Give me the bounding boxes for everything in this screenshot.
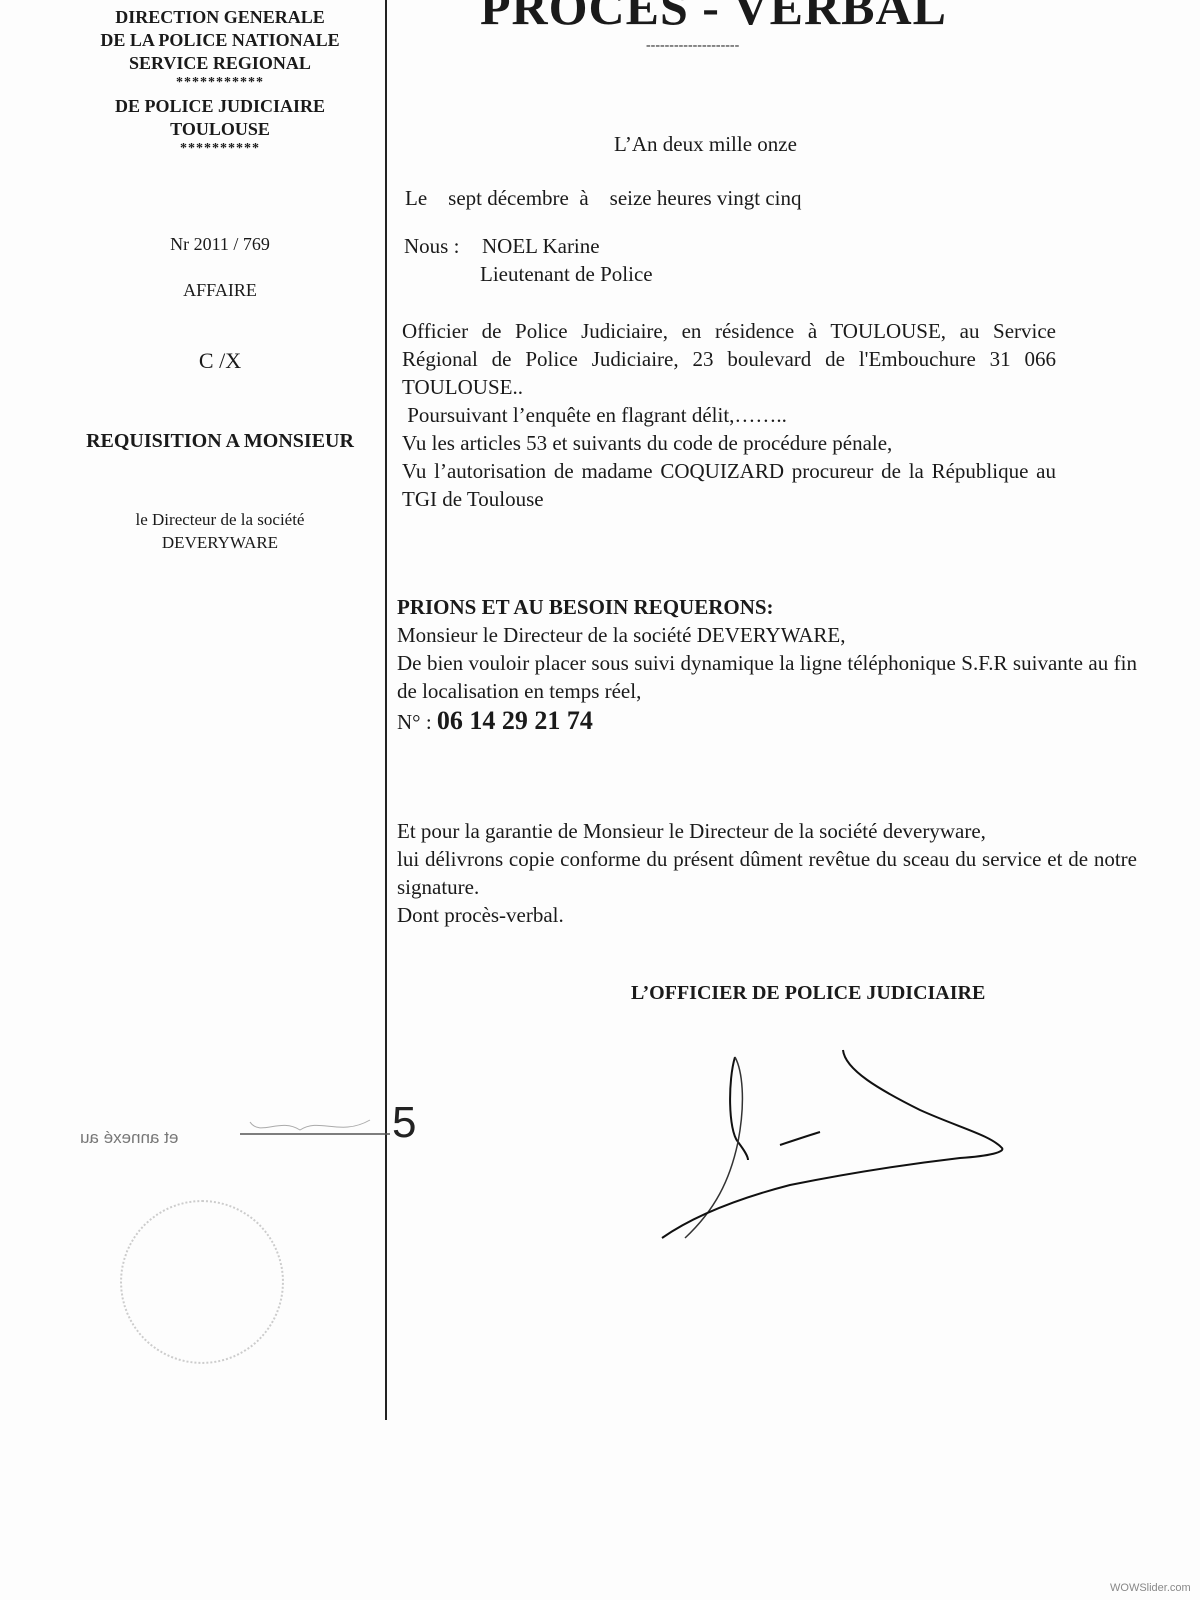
prions-heading: PRIONS ET AU BESOIN REQUERONS: bbox=[397, 593, 1137, 621]
signature-icon bbox=[620, 1020, 1020, 1240]
signature-title: L’OFFICIER DE POLICE JUDICIAIRE bbox=[631, 982, 985, 1005]
requisition-heading: REQUISITION A MONSIEUR bbox=[55, 430, 385, 453]
closing-para: lui délivrons copie conforme du présent … bbox=[397, 845, 1137, 901]
preamble-para: Vu l’autorisation de madame COQUIZARD pr… bbox=[402, 457, 1056, 513]
issuer-header: DIRECTION GENERALE DE LA POLICE NATIONAL… bbox=[60, 6, 380, 157]
officer-name: NOEL Karine bbox=[482, 234, 600, 259]
recipient-line1: le Directeur de la société bbox=[60, 510, 380, 530]
closing-para: Et pour la garantie de Monsieur le Direc… bbox=[397, 817, 1137, 845]
org-line: DIRECTION GENERALE bbox=[60, 6, 380, 29]
document-page: DIRECTION GENERALE DE LA POLICE NATIONAL… bbox=[0, 0, 1200, 1600]
phone-number: 06 14 29 21 74 bbox=[437, 706, 593, 735]
phone-label: N° : bbox=[397, 710, 432, 734]
watermark: WOWSlider.com bbox=[1110, 1582, 1191, 1594]
preamble-para: Poursuivant l’enquête en flagrant délit,… bbox=[402, 401, 1056, 429]
request-para: De bien vouloir placer sous suivi dynami… bbox=[397, 649, 1137, 705]
document-title: PROCES - VERBAL bbox=[480, 0, 947, 36]
official-seal-icon bbox=[120, 1200, 284, 1364]
officer-rank: Lieutenant de Police bbox=[480, 262, 653, 287]
closing-block: Et pour la garantie de Monsieur le Direc… bbox=[397, 817, 1137, 929]
org-line: DE POLICE JUDICIAIRE bbox=[60, 95, 380, 118]
separator-stars: *********** bbox=[60, 75, 380, 91]
preamble-block: Officier de Police Judiciaire, en réside… bbox=[402, 317, 1056, 513]
year-line: L’An deux mille onze bbox=[614, 132, 797, 157]
case-number: Nr 2011 / 769 bbox=[60, 234, 380, 255]
annex-stamp: et annexé au bbox=[80, 1128, 178, 1148]
affaire-label: AFFAIRE bbox=[60, 280, 380, 301]
separator-stars: ********** bbox=[60, 141, 380, 157]
column-divider bbox=[385, 0, 387, 1420]
org-line: DE LA POLICE NATIONALE bbox=[60, 29, 380, 52]
title-rule: -------------------- bbox=[646, 38, 739, 54]
org-line: TOULOUSE bbox=[60, 118, 380, 141]
recipient-line2: DEVERYWARE bbox=[60, 533, 380, 553]
handwritten-page-number: 5 bbox=[392, 1098, 416, 1148]
org-line: SERVICE REGIONAL bbox=[60, 52, 380, 75]
nous-label: Nous : bbox=[404, 234, 459, 259]
handwritten-scribble-icon bbox=[240, 1112, 400, 1142]
closing-para: Dont procès-verbal. bbox=[397, 901, 1137, 929]
preamble-para: Vu les articles 53 et suivants du code d… bbox=[402, 429, 1056, 457]
cx-label: C /X bbox=[60, 348, 380, 374]
date-line: Le sept décembre à seize heures vingt ci… bbox=[405, 186, 802, 211]
preamble-para: Officier de Police Judiciaire, en réside… bbox=[402, 317, 1056, 401]
request-para: Monsieur le Directeur de la société DEVE… bbox=[397, 621, 1137, 649]
request-block: PRIONS ET AU BESOIN REQUERONS: Monsieur … bbox=[397, 593, 1137, 736]
